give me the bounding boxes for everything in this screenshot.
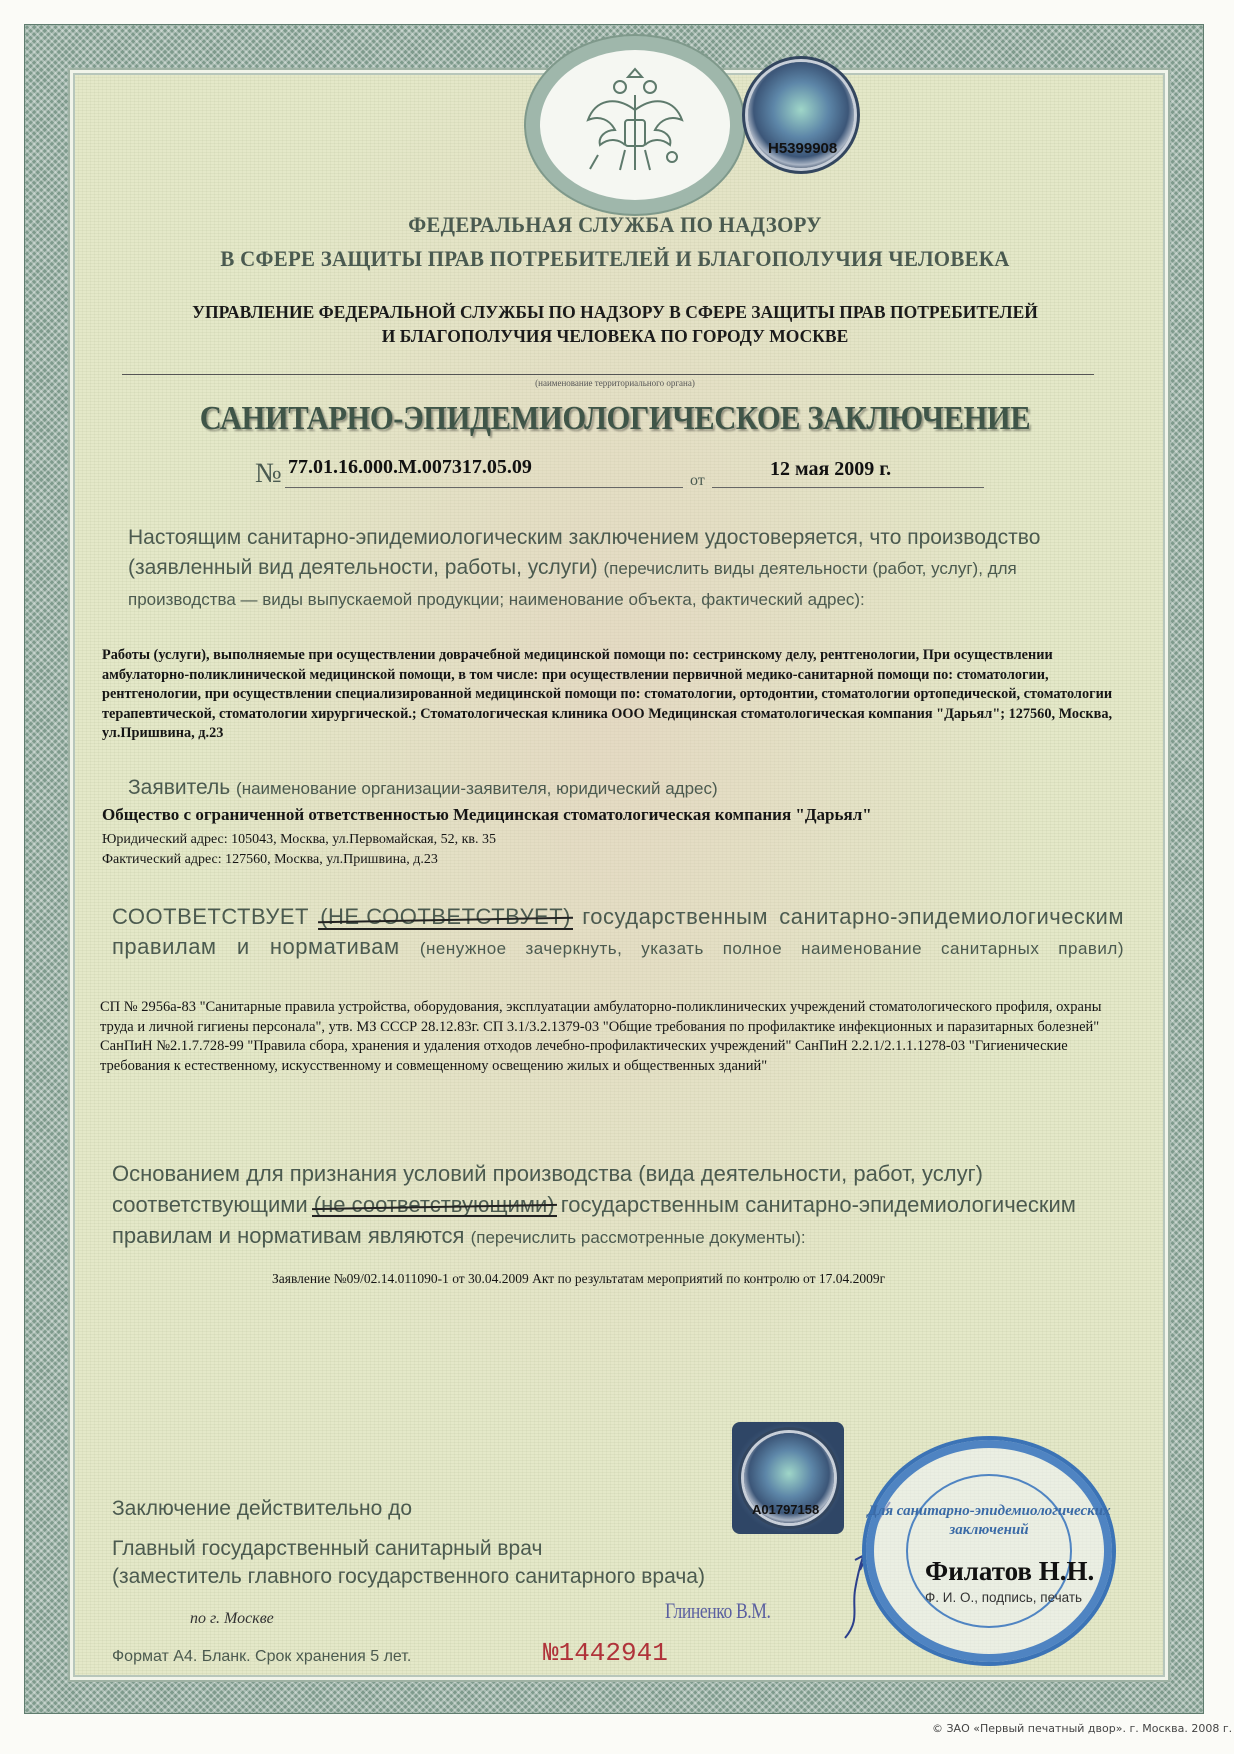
number-label: № <box>255 458 282 490</box>
seal-center-text: Для санитарно-эпидемиологических заключе… <box>866 1502 1112 1540</box>
certifies-form-text: Настоящим санитарно-эпидемиологическим з… <box>128 523 1120 615</box>
signatory-title-line2: (заместитель главного государственного с… <box>112 1562 705 1592</box>
conformity-line1: СООТВЕТСТВУЕТ (НЕ СООТВЕТСТВУЕТ) государ… <box>112 902 1124 964</box>
validity-label: Заключение действительно до <box>112 1494 412 1524</box>
double-headed-eagle-icon <box>580 65 690 185</box>
document-date: 12 мая 2009 г. <box>770 458 891 481</box>
signatory-title-line1: Главный государственный санитарный врач <box>112 1534 542 1564</box>
signatory-name: Филатов Н.Н. <box>925 1556 1094 1587</box>
department-name-line1: УПРАВЛЕНИЕ ФЕДЕРАЛЬНОЙ СЛУЖБЫ ПО НАДЗОРУ… <box>100 302 1130 323</box>
applicant-name: Общество с ограниченной ответственностью… <box>102 805 872 825</box>
department-underline <box>122 374 1094 375</box>
applicant-form-label: Заявитель (наименование организации-заяв… <box>128 773 1120 804</box>
basis-form-text: Основанием для признания условий произво… <box>112 1158 1124 1253</box>
state-emblem <box>540 50 730 200</box>
agency-name-line2: В СФЕРЕ ЗАЩИТЫ ПРАВ ПОТРЕБИТЕЛЕЙ И БЛАГО… <box>126 246 1105 272</box>
number-underline <box>285 487 683 488</box>
applicant-legal-address: Юридический адрес: 105043, Москва, ул.Пе… <box>102 830 496 850</box>
struck-not-conforms: (НЕ СООТВЕТСТВУЕТ) <box>320 902 571 932</box>
date-label: от <box>690 472 705 490</box>
applicant-actual-address: Фактический адрес: 127560, Москва, ул.Пр… <box>102 850 438 870</box>
signature-caption: Ф. И. О., подпись, печать <box>925 1590 1082 1605</box>
activity-description: Работы (услуги), выполняемые при осущест… <box>102 646 1132 744</box>
blank-serial-number: №1442941 <box>543 1638 668 1668</box>
hologram-number-bottom: А01797158 <box>752 1502 819 1517</box>
document-title: САНИТАРНО-ЭПИДЕМИОЛОГИЧЕСКОЕ ЗАКЛЮЧЕНИЕ <box>152 400 1079 438</box>
agency-name-line1: ФЕДЕРАЛЬНАЯ СЛУЖБА ПО НАДЗОРУ <box>126 212 1105 238</box>
signatory-city: по г. Москве <box>190 1610 274 1628</box>
date-underline <box>712 487 984 488</box>
department-caption: (наименование территориального органа) <box>100 378 1130 388</box>
format-note: Формат А4. Бланк. Срок хранения 5 лет. <box>112 1642 411 1672</box>
struck-not-conforming: (не соответствующими) <box>314 1189 555 1220</box>
deputy-name-stamp: Глиненко В.М. <box>665 1598 771 1624</box>
official-seal: Для санитарно-эпидемиологических заключе… <box>862 1436 1116 1666</box>
document-number: 77.01.16.000.М.007317.05.09 <box>288 456 532 479</box>
sanitary-rules-list: СП № 2956а-83 "Санитарные правила устрой… <box>100 998 1130 1076</box>
basis-documents: Заявление №09/02.14.011090-1 от 30.04.20… <box>272 1269 885 1289</box>
hologram-number-top: Н5399908 <box>768 140 837 157</box>
printer-credit: © ЗАО «Первый печатный двор». г. Москва.… <box>932 1722 1234 1735</box>
department-name-line2: И БЛАГОПОЛУЧИЯ ЧЕЛОВЕКА ПО ГОРОДУ МОСКВЕ <box>100 326 1130 347</box>
